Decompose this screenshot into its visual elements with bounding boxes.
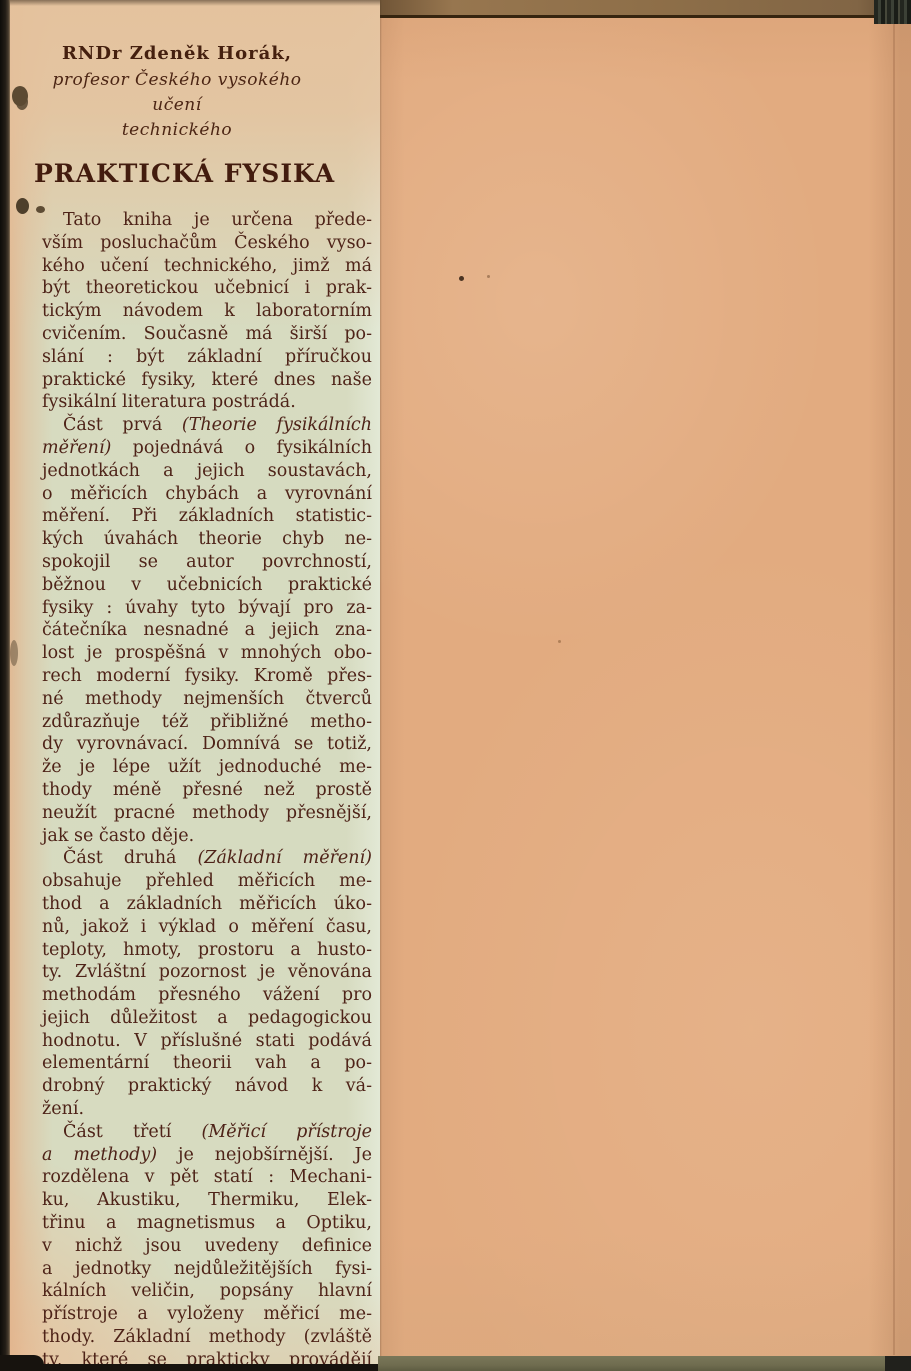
text-line: lost je prospěšná v mnohých obo-	[42, 642, 372, 665]
text-segment: třinu a magnetismus a Optiku,	[42, 1213, 372, 1233]
text-segment: a jednotky nejdůležitějších fysi-	[42, 1259, 372, 1279]
paper-stain	[36, 206, 45, 213]
text-line: v nichž jsou uvedeny definice	[42, 1235, 372, 1258]
text-segment: žení.	[42, 1099, 84, 1119]
text-segment: Část druhá	[63, 848, 197, 868]
text-segment: že je lépe užít jednoduché me-	[42, 757, 372, 777]
text-line: kého učení technického, jimž má	[42, 255, 372, 278]
text-segment: měření. Při základních statistic-	[42, 506, 372, 526]
text-segment: jednotkách a jejich soustavách,	[42, 461, 372, 481]
text-line: tickým návodem k laboratorním	[42, 300, 372, 323]
text-line: jejich důležitost a pedagogickou	[42, 1007, 372, 1030]
text-segment: né methody nejmenších čtverců	[42, 689, 372, 709]
text-line: spokojil se autor povrchností,	[42, 551, 372, 574]
text-segment: thod a základních měřicích úko-	[42, 894, 372, 914]
text-line: rozdělena v pět statí : Mechani-	[42, 1166, 372, 1189]
text-line: měření) pojednává o fysikálních	[42, 437, 372, 460]
text-segment: ku, Akustiku, Thermiku, Elek-	[42, 1190, 372, 1210]
cover-speck	[558, 640, 561, 643]
cover-crease-line	[893, 24, 895, 1355]
text-line: neužít pracné methody přesnější,	[42, 802, 372, 825]
book-scan: RNDr Zdeněk Horák, profesor Českého vyso…	[0, 0, 911, 1371]
text-line: jednotkách a jejich soustavách,	[42, 460, 372, 483]
text-segment: Část třetí	[63, 1122, 202, 1142]
italic-text-segment: (Měřicí přístroje	[202, 1122, 372, 1142]
text-segment: kých úvahách theorie chyb ne-	[42, 529, 372, 549]
text-segment: thody. Základní methody (zvláště	[42, 1327, 372, 1347]
book-cover	[378, 0, 911, 1371]
text-line: nů, jakož i výklad o měření času,	[42, 916, 372, 939]
flap-body-text: Tato kniha je určena přede-vším poslucha…	[42, 209, 372, 1371]
paper-stain	[16, 198, 29, 214]
text-segment: zdůrazňuje též přibližné metho-	[42, 712, 372, 732]
text-segment: lost je prospěšná v mnohých obo-	[42, 643, 372, 663]
text-line: a methody) je nejobšírnější. Je	[42, 1144, 372, 1167]
text-segment: přístroje a vyloženy měřicí me-	[42, 1304, 372, 1324]
text-line: hodnotu. V příslušné stati podává	[42, 1030, 372, 1053]
text-line: Část druhá (Základní měření)	[42, 847, 372, 870]
text-line: thody méně přesné než prostě	[42, 779, 372, 802]
text-segment: rozdělena v pět statí : Mechani-	[42, 1167, 372, 1187]
author-affiliation-line2: technického	[34, 118, 320, 143]
text-line: teploty, hmoty, prostoru a husto-	[42, 939, 372, 962]
italic-text-segment: (Základní měření)	[197, 848, 372, 868]
text-segment: být theoretickou učebnicí i prak-	[42, 278, 372, 298]
italic-text-segment: a methody)	[42, 1145, 157, 1165]
author-name: RNDr Zdeněk Horák,	[34, 40, 320, 68]
text-line: Část třetí (Měřicí přístroje	[42, 1121, 372, 1144]
text-segment: kálních veličin, popsány hlavní	[42, 1281, 372, 1301]
text-line: fysikální literatura postrádá.	[42, 391, 372, 414]
text-line: drobný praktický návod k vá-	[42, 1075, 372, 1098]
text-line: o měřicích chybách a vyrovnání	[42, 483, 372, 506]
book-bottom-board-edge	[378, 1356, 911, 1371]
paragraph: Část druhá (Základní měření)obsahuje pře…	[42, 847, 372, 1121]
text-line: přístroje a vyloženy měřicí me-	[42, 1303, 372, 1326]
text-line: praktické fysiky, které dnes naše	[42, 369, 372, 392]
scan-bottom-corner-left	[0, 1355, 44, 1371]
text-line: thody. Základní methody (zvláště	[42, 1326, 372, 1349]
text-segment: tickým návodem k laboratorním	[42, 301, 372, 321]
text-segment: je nejobšírnější. Je	[157, 1145, 372, 1165]
text-segment: drobný praktický návod k vá-	[42, 1076, 372, 1096]
cover-speck	[487, 275, 490, 278]
text-segment: ty. Zvláštní pozornost je věnována	[42, 962, 372, 982]
text-line: rech moderní fysiky. Kromě přes-	[42, 665, 372, 688]
paragraph: Tato kniha je určena přede-vším poslucha…	[42, 209, 372, 414]
book-bottom-corner-right	[885, 1356, 911, 1371]
text-segment: elementární theorii vah a po-	[42, 1053, 372, 1073]
text-line: thod a základních měřicích úko-	[42, 893, 372, 916]
text-line: zdůrazňuje též přibližné metho-	[42, 711, 372, 734]
text-line: kých úvahách theorie chyb ne-	[42, 528, 372, 551]
text-line: třinu a magnetismus a Optiku,	[42, 1212, 372, 1235]
text-line: slání : být základní příručkou	[42, 346, 372, 369]
paragraph: Část třetí (Měřicí přístrojea methody) j…	[42, 1121, 372, 1371]
italic-text-segment: měření)	[42, 438, 111, 458]
text-line: být theoretickou učebnicí i prak-	[42, 277, 372, 300]
text-segment: neužít pracné methody přesnější,	[42, 803, 372, 823]
scan-left-edge	[0, 0, 10, 1371]
text-segment: Část prvá	[63, 415, 182, 435]
flap-header: RNDr Zdeněk Horák, profesor Českého vyso…	[34, 40, 320, 193]
text-segment: obsahuje přehled měřicích me-	[42, 871, 372, 891]
paper-stain	[12, 86, 28, 106]
dust-jacket-flap: RNDr Zdeněk Horák, profesor Českého vyso…	[8, 0, 380, 1371]
text-line: běžnou v učebnicích praktické	[42, 574, 372, 597]
text-line: ty. Zvláštní pozornost je věnována	[42, 961, 372, 984]
text-segment: Tato kniha je určena přede-	[63, 210, 372, 230]
text-line: že je lépe užít jednoduché me-	[42, 756, 372, 779]
paragraph: Část prvá (Theorie fysikálníchměření) po…	[42, 414, 372, 847]
text-segment: čátečníka nesnadné a jejich zna-	[42, 620, 372, 640]
text-line: vším posluchačům Českého vyso-	[42, 232, 372, 255]
text-segment: spokojil se autor povrchností,	[42, 552, 372, 572]
author-affiliation-line1: profesor Českého vysokého učení	[34, 68, 320, 118]
italic-text-segment: (Theorie fysikálních	[182, 415, 372, 435]
text-segment: teploty, hmoty, prostoru a husto-	[42, 940, 372, 960]
text-segment: vším posluchačům Českého vyso-	[42, 233, 372, 253]
text-segment: dy vyrovnávací. Domnívá se totiž,	[42, 734, 372, 754]
text-line: obsahuje přehled měřicích me-	[42, 870, 372, 893]
text-line: měření. Při základních statistic-	[42, 505, 372, 528]
text-line: fysiky : úvahy tyto bývají pro za-	[42, 597, 372, 620]
text-segment: jejich důležitost a pedagogickou	[42, 1008, 372, 1028]
text-segment: cvičením. Současně má širší po-	[42, 324, 372, 344]
text-line: methodám přesného vážení pro	[42, 984, 372, 1007]
text-line: elementární theorii vah a po-	[42, 1052, 372, 1075]
text-line: a jednotky nejdůležitějších fysi-	[42, 1258, 372, 1281]
text-segment: fysiky : úvahy tyto bývají pro za-	[42, 598, 372, 618]
text-line: kálních veličin, popsány hlavní	[42, 1280, 372, 1303]
text-segment: jak se často děje.	[42, 826, 194, 846]
text-segment: nů, jakož i výklad o měření času,	[42, 917, 372, 937]
text-segment: fysikální literatura postrádá.	[42, 392, 296, 412]
text-line: dy vyrovnávací. Domnívá se totiž,	[42, 733, 372, 756]
cover-speck	[459, 276, 464, 281]
text-segment: rech moderní fysiky. Kromě přes-	[42, 666, 372, 686]
text-line: ku, Akustiku, Thermiku, Elek-	[42, 1189, 372, 1212]
text-line: cvičením. Současně má širší po-	[42, 323, 372, 346]
spine-corner-patch	[874, 0, 911, 24]
text-segment: praktické fysiky, které dnes naše	[42, 370, 372, 390]
text-line: Část prvá (Theorie fysikálních	[42, 414, 372, 437]
paper-stain	[10, 640, 18, 666]
text-segment: thody méně přesné než prostě	[42, 780, 372, 800]
text-segment: methodám přesného vážení pro	[42, 985, 372, 1005]
text-line: Tato kniha je určena přede-	[42, 209, 372, 232]
text-segment: hodnotu. V příslušné stati podává	[42, 1031, 372, 1051]
text-line: né methody nejmenších čtverců	[42, 688, 372, 711]
text-segment: v nichž jsou uvedeny definice	[42, 1236, 372, 1256]
text-line: čátečníka nesnadné a jejich zna-	[42, 619, 372, 642]
text-segment: slání : být základní příručkou	[42, 347, 372, 367]
text-segment: pojednává o fysikálních	[111, 438, 372, 458]
text-segment: kého učení technického, jimž má	[42, 256, 372, 276]
scan-bottom-edge-left	[0, 1364, 380, 1371]
text-line: žení.	[42, 1098, 372, 1121]
cover-top-edge-band	[378, 0, 911, 18]
text-line: jak se často děje.	[42, 825, 372, 848]
text-segment: o měřicích chybách a vyrovnání	[42, 484, 372, 504]
book-title: PRAKTICKÁ FYSIKA	[34, 155, 320, 193]
text-segment: běžnou v učebnicích praktické	[42, 575, 372, 595]
